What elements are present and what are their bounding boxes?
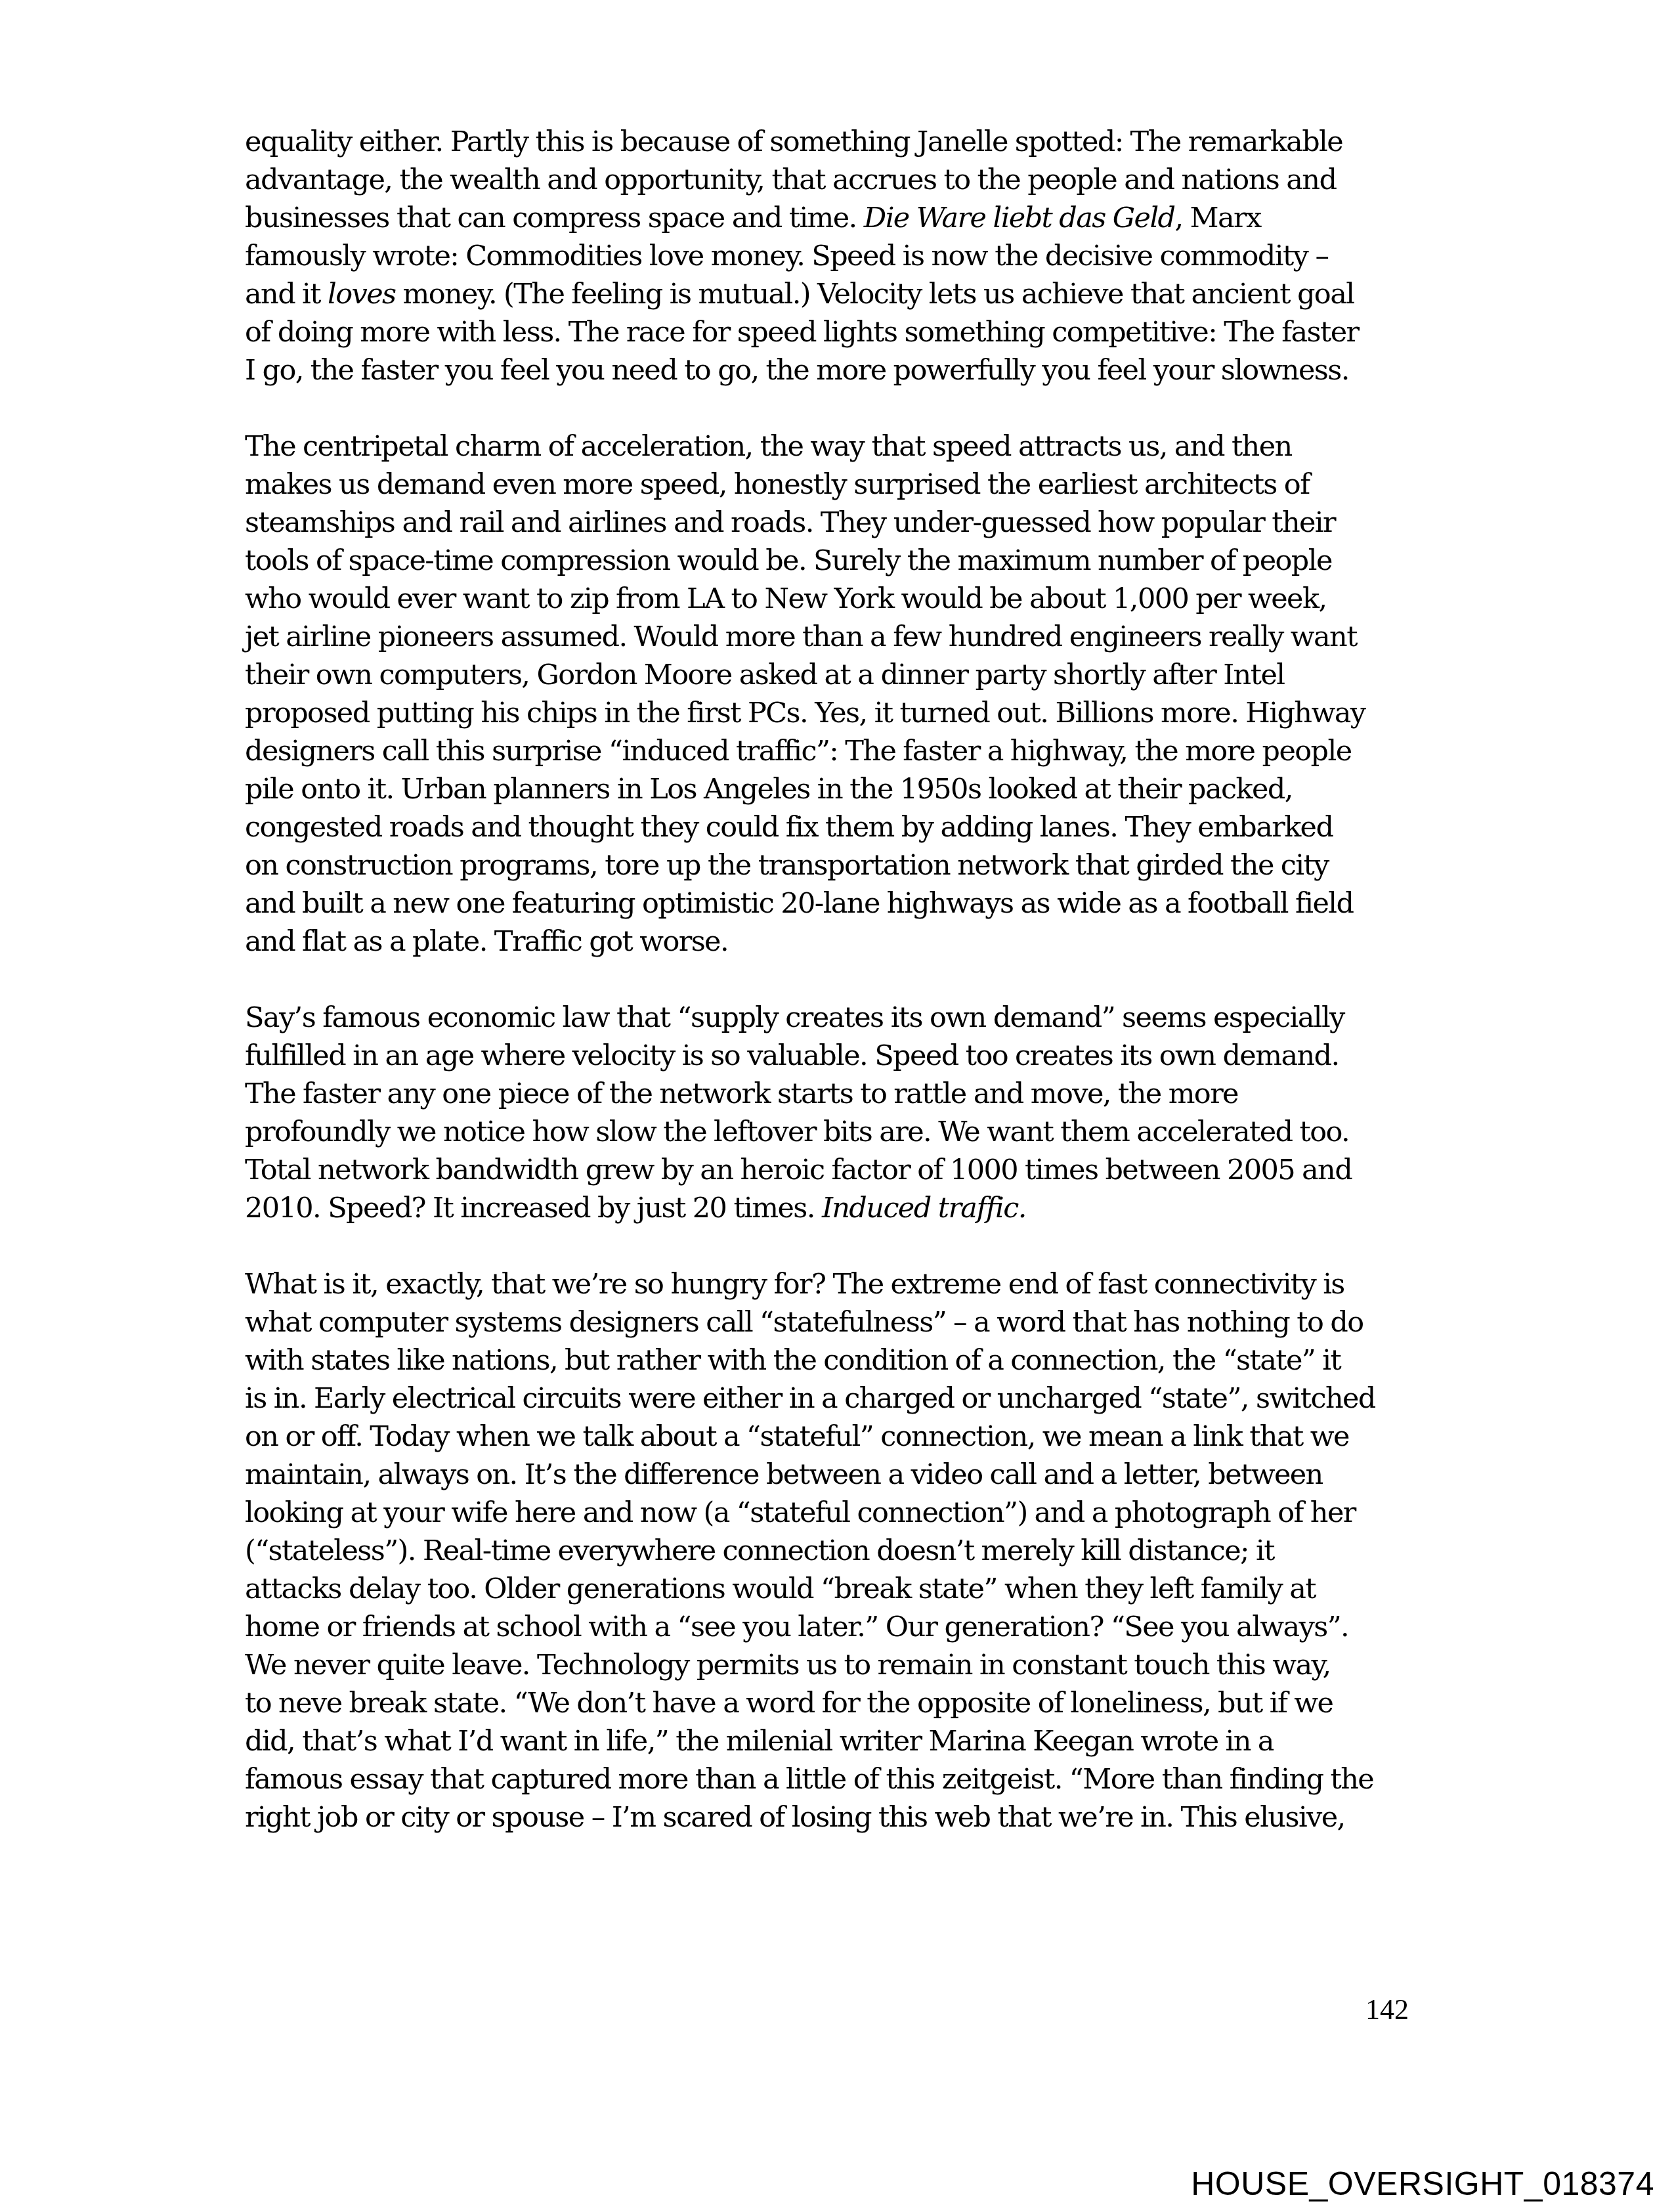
- text-run: is in. Early electrical circuits were ei…: [245, 1382, 1375, 1415]
- text-run: profoundly we notice how slow the leftov…: [245, 1116, 1349, 1148]
- text-run: to neve break state. “We don’t have a wo…: [245, 1687, 1333, 1720]
- text-line: who would ever want to zip from LA to Ne…: [245, 580, 1427, 618]
- text-line: steamships and rail and airlines and roa…: [245, 504, 1427, 542]
- text-line: tools of space-time compression would be…: [245, 542, 1427, 580]
- text-line: I go, the faster you feel you need to go…: [245, 351, 1427, 389]
- text-line: is in. Early electrical circuits were ei…: [245, 1379, 1427, 1418]
- text-run: on or off. Today when we talk about a “s…: [245, 1420, 1349, 1453]
- text-run: looking at your wife here and now (a “st…: [245, 1496, 1356, 1529]
- text-line: 2010. Speed? It increased by just 20 tim…: [245, 1189, 1427, 1227]
- text-line: attacks delay too. Older generations wou…: [245, 1570, 1427, 1608]
- text-line: profoundly we notice how slow the leftov…: [245, 1113, 1427, 1151]
- text-run: of doing more with less. The race for sp…: [245, 316, 1359, 349]
- text-run: We never quite leave. Technology permits…: [245, 1649, 1331, 1681]
- text-run: tools of space-time compression would be…: [245, 544, 1332, 577]
- text-run: money. (The feeling is mutual.) Velocity…: [395, 278, 1354, 311]
- text-run: what computer systems designers call “st…: [245, 1306, 1363, 1339]
- text-line: The centripetal charm of acceleration, t…: [245, 427, 1427, 466]
- italic-text: loves: [328, 278, 395, 311]
- text-line: makes us demand even more speed, honestl…: [245, 466, 1427, 504]
- text-run: did, that’s what I’d want in life,” the …: [245, 1725, 1274, 1758]
- text-line: Say’s famous economic law that “supply c…: [245, 999, 1427, 1037]
- document-page: equality either. Partly this is because …: [0, 0, 1674, 2212]
- text-run: designers call this surprise “induced tr…: [245, 735, 1352, 768]
- bates-stamp: HOUSE_OVERSIGHT_018374: [1191, 2165, 1654, 2202]
- text-run: right job or city or spouse – I’m scared…: [245, 1801, 1345, 1834]
- text-line: looking at your wife here and now (a “st…: [245, 1494, 1427, 1532]
- text-run: maintain, always on. It’s the difference…: [245, 1458, 1323, 1491]
- text-line: Total network bandwidth grew by an heroi…: [245, 1151, 1427, 1189]
- text-run: Total network bandwidth grew by an heroi…: [245, 1154, 1352, 1186]
- italic-text: Induced traffic.: [822, 1192, 1026, 1225]
- text-line: The faster any one piece of the network …: [245, 1075, 1427, 1113]
- page-number: 142: [1365, 1993, 1409, 2026]
- text-run: (“stateless”). Real-time everywhere conn…: [245, 1534, 1274, 1567]
- text-run: on construction programs, tore up the tr…: [245, 849, 1329, 882]
- text-run: The faster any one piece of the network …: [245, 1077, 1238, 1110]
- text-line: and built a new one featuring optimistic…: [245, 884, 1427, 922]
- text-line: on or off. Today when we talk about a “s…: [245, 1418, 1427, 1456]
- text-line: their own computers, Gordon Moore asked …: [245, 656, 1427, 694]
- text-line: advantage, the wealth and opportunity, t…: [245, 161, 1427, 199]
- text-run: 2010. Speed? It increased by just 20 tim…: [245, 1192, 822, 1225]
- text-run: and built a new one featuring optimistic…: [245, 887, 1353, 920]
- text-line: with states like nations, but rather wit…: [245, 1341, 1427, 1379]
- text-line: and it loves money. (The feeling is mutu…: [245, 275, 1427, 313]
- text-run: famously wrote: Commodities love money. …: [245, 240, 1328, 272]
- text-run: pile onto it. Urban planners in Los Ange…: [245, 773, 1293, 806]
- text-line: equality either. Partly this is because …: [245, 123, 1427, 161]
- text-run: advantage, the wealth and opportunity, t…: [245, 163, 1336, 196]
- text-line: congested roads and thought they could f…: [245, 808, 1427, 846]
- text-line: pile onto it. Urban planners in Los Ange…: [245, 770, 1427, 808]
- text-run: Say’s famous economic law that “supply c…: [245, 1001, 1344, 1034]
- text-run: The centripetal charm of acceleration, t…: [245, 430, 1292, 463]
- text-line: We never quite leave. Technology permits…: [245, 1646, 1427, 1684]
- text-run: fulfilled in an age where velocity is so…: [245, 1039, 1339, 1072]
- text-run: and it: [245, 278, 328, 311]
- text-run: jet airline pioneers assumed. Would more…: [245, 620, 1357, 653]
- text-run: businesses that can compress space and t…: [245, 202, 864, 234]
- text-line: of doing more with less. The race for sp…: [245, 313, 1427, 351]
- text-line: and flat as a plate. Traffic got worse.: [245, 922, 1427, 961]
- text-run: famous essay that captured more than a l…: [245, 1763, 1373, 1796]
- text-line: (“stateless”). Real-time everywhere conn…: [245, 1532, 1427, 1570]
- text-run: attacks delay too. Older generations wou…: [245, 1572, 1316, 1605]
- text-line: right job or city or spouse – I’m scared…: [245, 1798, 1427, 1836]
- text-run: their own computers, Gordon Moore asked …: [245, 659, 1284, 691]
- text-line: fulfilled in an age where velocity is so…: [245, 1037, 1427, 1075]
- text-line: on construction programs, tore up the tr…: [245, 846, 1427, 884]
- italic-text: Die Ware liebt das Geld: [864, 202, 1175, 234]
- text-run: equality either. Partly this is because …: [245, 125, 1342, 158]
- text-line: famous essay that captured more than a l…: [245, 1760, 1427, 1798]
- text-line: did, that’s what I’d want in life,” the …: [245, 1722, 1427, 1760]
- paragraph: equality either. Partly this is because …: [245, 123, 1427, 389]
- body-text: equality either. Partly this is because …: [245, 123, 1427, 1875]
- text-run: , Marx: [1174, 202, 1260, 234]
- text-run: proposed putting his chips in the first …: [245, 697, 1365, 729]
- text-run: congested roads and thought they could f…: [245, 811, 1333, 844]
- text-line: designers call this surprise “induced tr…: [245, 732, 1427, 770]
- text-line: what computer systems designers call “st…: [245, 1303, 1427, 1341]
- text-run: home or friends at school with a “see yo…: [245, 1611, 1348, 1643]
- text-run: makes us demand even more speed, honestl…: [245, 468, 1309, 501]
- text-line: maintain, always on. It’s the difference…: [245, 1456, 1427, 1494]
- paragraph: Say’s famous economic law that “supply c…: [245, 999, 1427, 1227]
- text-line: jet airline pioneers assumed. Would more…: [245, 618, 1427, 656]
- text-run: steamships and rail and airlines and roa…: [245, 506, 1335, 539]
- text-line: What is it, exactly, that we’re so hungr…: [245, 1265, 1427, 1303]
- text-line: proposed putting his chips in the first …: [245, 694, 1427, 732]
- text-run: with states like nations, but rather wit…: [245, 1344, 1341, 1377]
- text-run: What is it, exactly, that we’re so hungr…: [245, 1268, 1344, 1301]
- text-run: I go, the faster you feel you need to go…: [245, 354, 1349, 387]
- paragraph: What is it, exactly, that we’re so hungr…: [245, 1265, 1427, 1836]
- text-line: home or friends at school with a “see yo…: [245, 1608, 1427, 1646]
- text-line: businesses that can compress space and t…: [245, 199, 1427, 237]
- text-run: and flat as a plate. Traffic got worse.: [245, 925, 728, 958]
- text-line: to neve break state. “We don’t have a wo…: [245, 1684, 1427, 1722]
- text-line: famously wrote: Commodities love money. …: [245, 237, 1427, 275]
- text-run: who would ever want to zip from LA to Ne…: [245, 582, 1326, 615]
- paragraph: The centripetal charm of acceleration, t…: [245, 427, 1427, 961]
